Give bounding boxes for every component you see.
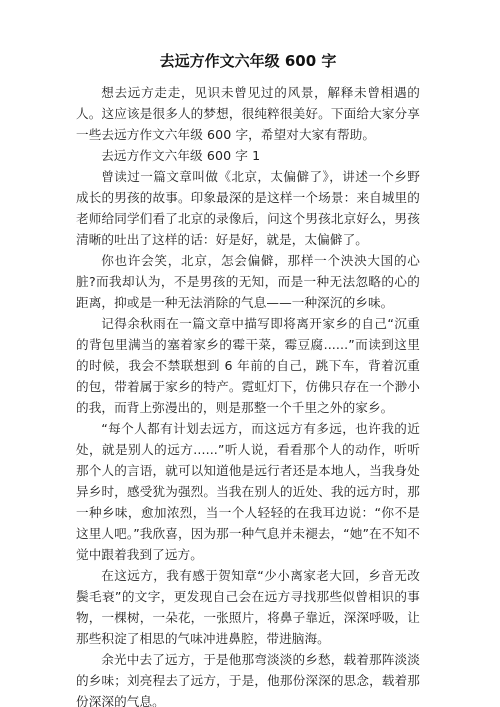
section-heading: 去远方作文六年级 600 字 1 — [76, 145, 420, 166]
body-paragraph: “每个人都有计划去远方，而这远方有多远，也许我的近处，就是别人的远方......… — [76, 418, 420, 565]
body-paragraph: 你也许会笑，北京，怎会偏僻，那样一个泱泱大国的心脏?而我却认为，不是男孩的无知，… — [76, 250, 420, 313]
body-paragraph: 曾读过一篇文章叫做《北京，太偏僻了》，讲述一个乡野成长的男孩的故事。印象最深的是… — [76, 166, 420, 250]
document-body: 想去远方走走，见识未曾见过的风景，解释未曾相遇的人。这应该是很多人的梦想，很纯粹… — [76, 82, 420, 707]
body-paragraph: 余光中去了远方，于是他那弯淡淡的乡愁，载着那阵淡淡的乡味；刘亮程去了远方，于是，… — [76, 649, 420, 707]
intro-paragraph: 想去远方走走，见识未曾见过的风景，解释未曾相遇的人。这应该是很多人的梦想，很纯粹… — [76, 82, 420, 145]
document-title: 去远方作文六年级 600 字 — [76, 50, 420, 72]
body-paragraph: 在这远方，我有感于贺知章“少小离家老大回，乡音无改鬓毛衰”的文字，更发现自己会在… — [76, 565, 420, 649]
body-paragraph: 记得余秋雨在一篇文章中描写即将离开家乡的自己“沉重的背包里满当的塞着家乡的霉干菜… — [76, 313, 420, 418]
